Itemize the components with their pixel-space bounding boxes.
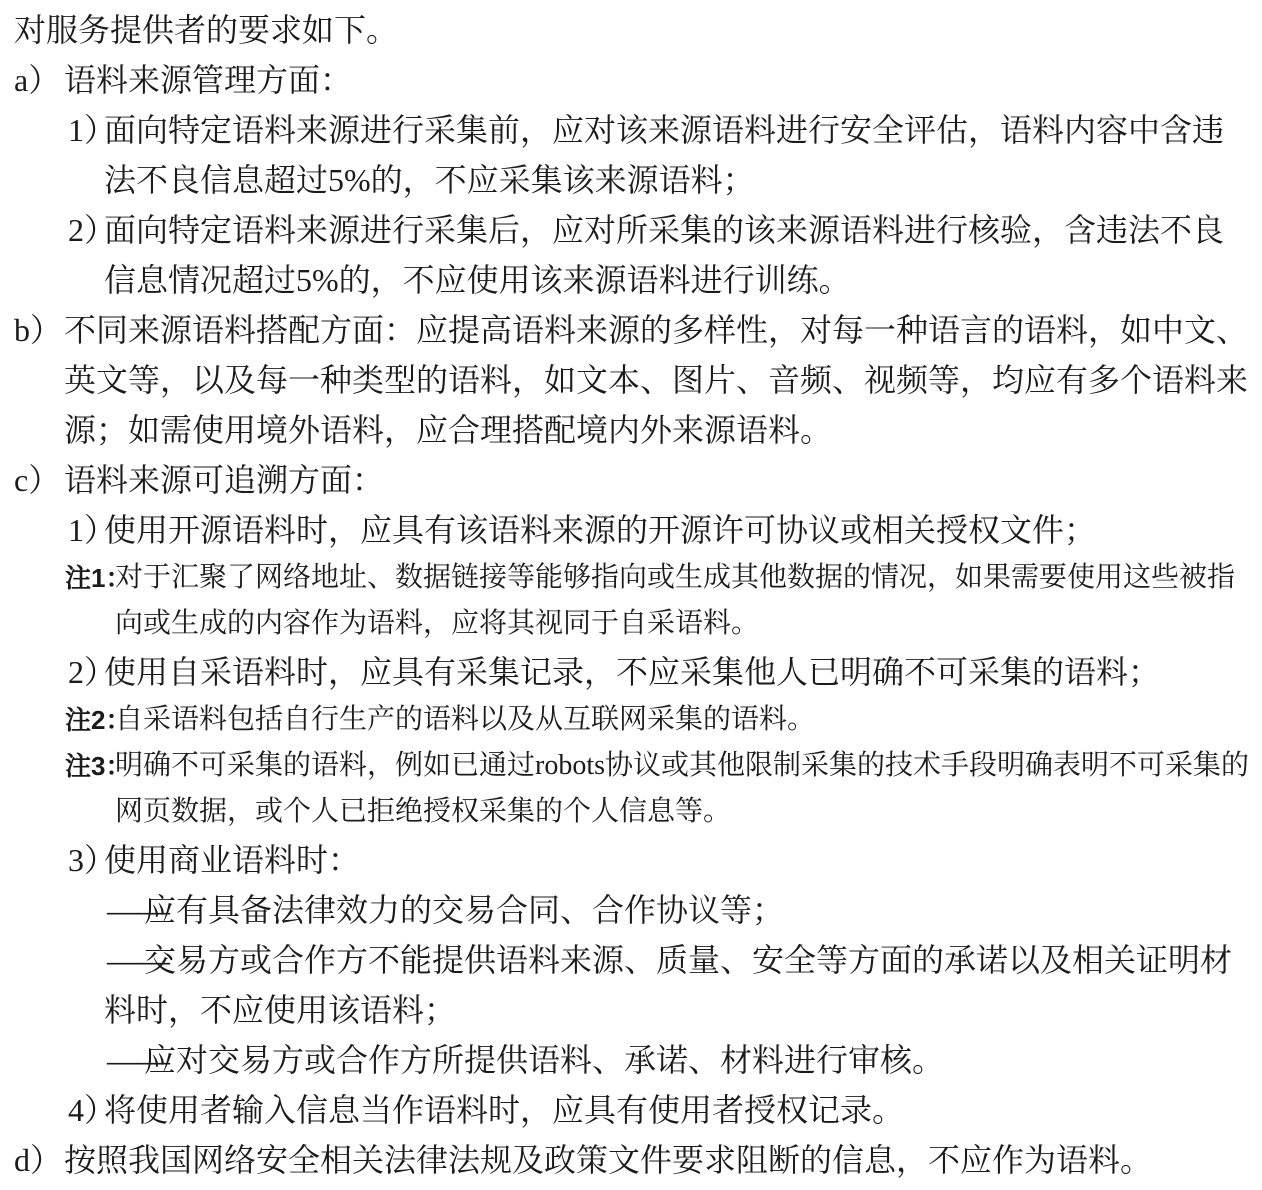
dash-item-1-text: 应有具备法律效力的交易合同、合作协议等； xyxy=(144,892,784,928)
dash-item-1: —— 应有具备法律效力的交易合同、合作协议等； xyxy=(0,885,1250,935)
item-c: c） 语料来源可追溯方面： xyxy=(0,455,1250,505)
note-3: 注3： 明确不可采集的语料，例如已通过robots协议或其他限制采集的技术手段明… xyxy=(0,743,1250,835)
intro-paragraph: 对服务提供者的要求如下。 xyxy=(0,5,1250,55)
note-3-text: 明确不可采集的语料，例如已通过robots协议或其他限制采集的技术手段明确表明不… xyxy=(115,750,1249,827)
item-c-sub-3-label: 3） xyxy=(68,835,116,885)
item-c-sub-4-label: 4） xyxy=(68,1085,116,1135)
dash-item-2-text: 交易方或合作方不能提供语料来源、质量、安全等方面的承诺以及相关证明材料时，不应使… xyxy=(104,942,1232,1028)
note-2-label: 注2： xyxy=(65,697,131,743)
item-c-sub-1: 1） 使用开源语料时，应具有该语料来源的开源许可协议或相关授权文件； xyxy=(0,505,1250,555)
item-c-sub-4: 4） 将使用者输入信息当作语料时，应具有使用者授权记录。 xyxy=(0,1085,1250,1135)
document-page: 对服务提供者的要求如下。 a） 语料来源管理方面： 1） 面向特定语料来源进行采… xyxy=(0,0,1262,1190)
item-c-sub-4-text: 将使用者输入信息当作语料时，应具有使用者授权记录。 xyxy=(104,1092,904,1128)
dash-item-2: —— 交易方或合作方不能提供语料来源、质量、安全等方面的承诺以及相关证明材料时，… xyxy=(0,935,1250,1035)
item-d-label: d） xyxy=(14,1135,62,1185)
item-c-label: c） xyxy=(14,455,60,505)
item-a-sub-2: 2） 面向特定语料来源进行采集后，应对所采集的该来源语料进行核验，含违法不良信息… xyxy=(0,205,1250,305)
item-d-text: 按照我国网络安全相关法律法规及政策文件要求阻断的信息，不应作为语料。 xyxy=(64,1142,1152,1178)
item-b-label: b） xyxy=(14,305,62,355)
dash-item-3-dash: —— xyxy=(67,1035,169,1085)
intro-text: 对服务提供者的要求如下。 xyxy=(14,12,398,48)
dash-item-3-text: 应对交易方或合作方所提供语料、承诺、材料进行审核。 xyxy=(144,1042,944,1078)
note-2: 注2： 自采语料包括自行生产的语料以及从互联网采集的语料。 xyxy=(0,697,1250,743)
item-a-text: 语料来源管理方面： xyxy=(64,62,352,98)
item-a: a） 语料来源管理方面： xyxy=(0,55,1250,105)
item-b: b） 不同来源语料搭配方面：应提高语料来源的多样性，对每一种语言的语料，如中文、… xyxy=(0,305,1250,455)
note-3-label: 注3： xyxy=(65,743,131,789)
item-c-text: 语料来源可追溯方面： xyxy=(64,462,384,498)
item-c-sub-2-label: 2） xyxy=(68,647,116,697)
item-a-label: a） xyxy=(14,55,60,105)
item-c-sub-1-text: 使用开源语料时，应具有该语料来源的开源许可协议或相关授权文件； xyxy=(104,512,1096,548)
item-c-sub-2: 2） 使用自采语料时，应具有采集记录，不应采集他人已明确不可采集的语料； xyxy=(0,647,1250,697)
item-c-sub-3-text: 使用商业语料时： xyxy=(104,842,360,878)
item-a-sub-2-label: 2） xyxy=(68,205,116,255)
dash-item-3: —— 应对交易方或合作方所提供语料、承诺、材料进行审核。 xyxy=(0,1035,1250,1085)
item-a-sub-1-label: 1） xyxy=(68,105,116,155)
item-c-sub-1-label: 1） xyxy=(68,505,116,555)
item-c-sub-2-text: 使用自采语料时，应具有采集记录，不应采集他人已明确不可采集的语料； xyxy=(104,654,1160,690)
item-a-sub-2-text: 面向特定语料来源进行采集后，应对所采集的该来源语料进行核验，含违法不良信息情况超… xyxy=(104,212,1224,298)
item-d: d） 按照我国网络安全相关法律法规及政策文件要求阻断的信息，不应作为语料。 xyxy=(0,1135,1250,1185)
item-a-sub-1-text: 面向特定语料来源进行采集前，应对该来源语料进行安全评估，语料内容中含违法不良信息… xyxy=(104,112,1224,198)
note-1-text: 对于汇聚了网络地址、数据链接等能够指向或生成其他数据的情况，如果需要使用这些被指… xyxy=(115,562,1235,639)
item-c-sub-3: 3） 使用商业语料时： xyxy=(0,835,1250,885)
note-1: 注1： 对于汇聚了网络地址、数据链接等能够指向或生成其他数据的情况，如果需要使用… xyxy=(0,555,1250,647)
item-b-text: 不同来源语料搭配方面：应提高语料来源的多样性，对每一种语言的语料，如中文、英文等… xyxy=(64,312,1248,448)
note-2-text: 自采语料包括自行生产的语料以及从互联网采集的语料。 xyxy=(115,704,815,735)
dash-item-2-dash: —— xyxy=(67,935,169,985)
item-a-sub-1: 1） 面向特定语料来源进行采集前，应对该来源语料进行安全评估，语料内容中含违法不… xyxy=(0,105,1250,205)
note-1-label: 注1： xyxy=(65,555,131,601)
dash-item-1-dash: —— xyxy=(67,885,169,935)
